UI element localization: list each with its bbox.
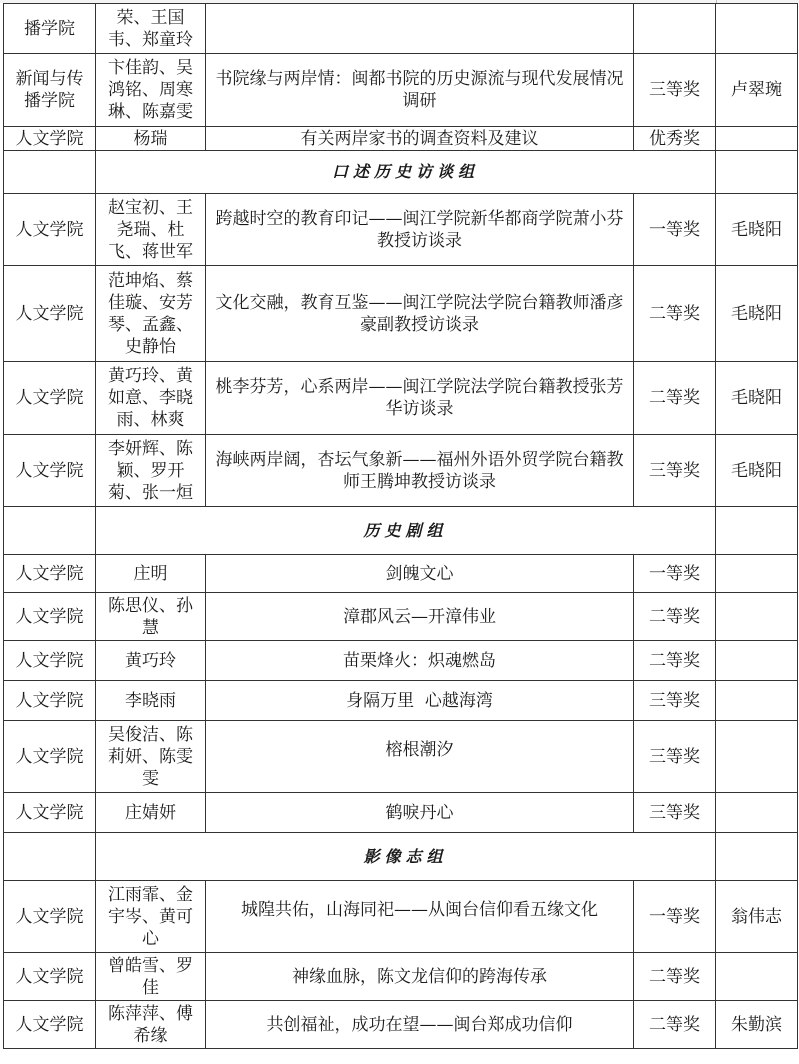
award-cell: 二等奖 [634, 362, 716, 435]
advisor-cell: 毛晓阳 [716, 266, 798, 362]
empty-cell [716, 833, 798, 881]
group-label: 口述历史访谈组 [96, 151, 716, 194]
title-cell: 文化交融，教育互鉴——闽江学院法学院台籍教师潘彦豪副教授访谈录 [206, 266, 634, 362]
title-cell: 海峡两岸阔，杏坛气象新——福州外语外贸学院台籍教师王腾坤教授访谈录 [206, 435, 634, 507]
table-row: 人文学院 吴俊洁、陈莉妍、陈雯雯 榕根潮汐 三等奖 [4, 721, 798, 793]
award-cell: 三等奖 [634, 435, 716, 507]
advisor-cell [716, 721, 798, 793]
members-cell: 杨瑞 [96, 127, 206, 151]
members-cell: 卞佳韵、吴鸿铭、周寒琳、陈嘉雯 [96, 54, 206, 127]
award-cell: 二等奖 [634, 266, 716, 362]
college-cell: 人文学院 [4, 881, 96, 953]
table-row: 人文学院 黄巧玲 苗栗烽火：炽魂燃岛 二等奖 [4, 641, 798, 681]
members-cell: 庄明 [96, 555, 206, 593]
table-row: 人文学院 陈萍萍、傅希缘 共创福祉，成功在望——闽台郑成功信仰 二等奖 朱勤滨 [4, 1001, 798, 1049]
advisor-cell: 朱勤滨 [716, 1001, 798, 1049]
empty-cell [716, 507, 798, 555]
college-cell: 人文学院 [4, 362, 96, 435]
members-cell: 陈思仪、孙慧 [96, 593, 206, 641]
award-cell: 三等奖 [634, 721, 716, 793]
college-cell: 人文学院 [4, 953, 96, 1001]
table-row: 人文学院 江雨霏、金宇岑、黄可心 城隍共佑，山海同祀——从闽台信仰看五缘文化 一… [4, 881, 798, 953]
advisor-cell: 卢翠琬 [716, 54, 798, 127]
members-cell: 黄巧玲、黄如意、李晓雨、林爽 [96, 362, 206, 435]
advisor-cell [716, 4, 798, 54]
college-cell: 人文学院 [4, 127, 96, 151]
advisor-cell: 翁伟志 [716, 881, 798, 953]
members-cell: 李妍辉、陈颖、罗开菊、张一烜 [96, 435, 206, 507]
members-cell: 庄婧妍 [96, 793, 206, 833]
group-label: 影像志组 [96, 833, 716, 881]
members-cell: 范坤焰、蔡佳璇、安芳琴、孟鑫、史静怡 [96, 266, 206, 362]
award-cell: 三等奖 [634, 681, 716, 721]
empty-cell [4, 151, 96, 194]
award-cell: 一等奖 [634, 194, 716, 266]
members-cell: 江雨霏、金宇岑、黄可心 [96, 881, 206, 953]
college-cell: 人文学院 [4, 641, 96, 681]
table-row: 人文学院 李晓雨 身隔万里 心越海湾 三等奖 [4, 681, 798, 721]
award-cell: 三等奖 [634, 54, 716, 127]
college-cell: 人文学院 [4, 793, 96, 833]
college-cell: 人文学院 [4, 593, 96, 641]
advisor-cell [716, 641, 798, 681]
college-cell: 人文学院 [4, 435, 96, 507]
title-cell: 榕根潮汐 [206, 721, 634, 793]
award-cell: 二等奖 [634, 1001, 716, 1049]
table-row: 人文学院 范坤焰、蔡佳璇、安芳琴、孟鑫、史静怡 文化交融，教育互鉴——闽江学院法… [4, 266, 798, 362]
college-cell: 人文学院 [4, 681, 96, 721]
advisor-cell [716, 793, 798, 833]
title-cell [206, 4, 634, 54]
group-header-row: 影像志组 [4, 833, 798, 881]
college-cell: 人文学院 [4, 555, 96, 593]
advisor-cell: 毛晓阳 [716, 435, 798, 507]
college-cell: 人文学院 [4, 721, 96, 793]
table-row: 人文学院 陈思仪、孙慧 漳郡风云—开漳伟业 二等奖 [4, 593, 798, 641]
advisor-cell [716, 953, 798, 1001]
table-row: 人文学院 杨瑞 有关两岸家书的调查资料及建议 优秀奖 [4, 127, 798, 151]
members-cell: 荣、王国韦、郑童玲 [96, 4, 206, 54]
title-cell: 桃李芬芳，心系两岸——闽江学院法学院台籍教授张芳华访谈录 [206, 362, 634, 435]
empty-cell [4, 507, 96, 555]
members-cell: 赵宝初、王尧瑞、杜飞、蒋世军 [96, 194, 206, 266]
title-cell: 苗栗烽火：炽魂燃岛 [206, 641, 634, 681]
awards-table: 播学院 荣、王国韦、郑童玲 新闻与传播学院 卞佳韵、吴鸿铭、周寒琳、陈嘉雯 书院… [3, 3, 798, 1049]
college-cell: 人文学院 [4, 194, 96, 266]
college-cell: 播学院 [4, 4, 96, 54]
members-cell: 曾皓雪、罗佳 [96, 953, 206, 1001]
title-cell: 漳郡风云—开漳伟业 [206, 593, 634, 641]
title-cell: 鹤唳丹心 [206, 793, 634, 833]
title-cell: 身隔万里 心越海湾 [206, 681, 634, 721]
members-cell: 李晓雨 [96, 681, 206, 721]
table-row: 人文学院 黄巧玲、黄如意、李晓雨、林爽 桃李芬芳，心系两岸——闽江学院法学院台籍… [4, 362, 798, 435]
table-row: 播学院 荣、王国韦、郑童玲 [4, 4, 798, 54]
award-cell [634, 4, 716, 54]
title-cell: 有关两岸家书的调查资料及建议 [206, 127, 634, 151]
title-cell: 城隍共佑，山海同祀——从闽台信仰看五缘文化 [206, 881, 634, 953]
advisor-cell [716, 593, 798, 641]
college-cell: 新闻与传播学院 [4, 54, 96, 127]
advisor-cell: 毛晓阳 [716, 362, 798, 435]
table-row: 新闻与传播学院 卞佳韵、吴鸿铭、周寒琳、陈嘉雯 书院缘与两岸情：闽都书院的历史源… [4, 54, 798, 127]
group-header-row: 历史剧组 [4, 507, 798, 555]
title-cell: 跨越时空的教育印记——闽江学院新华都商学院萧小芬教授访谈录 [206, 194, 634, 266]
award-cell: 二等奖 [634, 593, 716, 641]
award-cell: 三等奖 [634, 793, 716, 833]
title-cell: 神缘血脉，陈文龙信仰的跨海传承 [206, 953, 634, 1001]
table-row: 人文学院 庄明 剑魄文心 一等奖 [4, 555, 798, 593]
college-cell: 人文学院 [4, 266, 96, 362]
advisor-cell [716, 681, 798, 721]
empty-cell [4, 833, 96, 881]
table-row: 人文学院 庄婧妍 鹤唳丹心 三等奖 [4, 793, 798, 833]
title-cell: 剑魄文心 [206, 555, 634, 593]
award-cell: 一等奖 [634, 881, 716, 953]
advisor-cell [716, 555, 798, 593]
members-cell: 陈萍萍、傅希缘 [96, 1001, 206, 1049]
group-label: 历史剧组 [96, 507, 716, 555]
award-cell: 二等奖 [634, 641, 716, 681]
members-cell: 吴俊洁、陈莉妍、陈雯雯 [96, 721, 206, 793]
advisor-cell [716, 127, 798, 151]
title-cell: 共创福祉，成功在望——闽台郑成功信仰 [206, 1001, 634, 1049]
title-cell: 书院缘与两岸情：闽都书院的历史源流与现代发展情况调研 [206, 54, 634, 127]
college-cell: 人文学院 [4, 1001, 96, 1049]
table-row: 人文学院 曾皓雪、罗佳 神缘血脉，陈文龙信仰的跨海传承 二等奖 [4, 953, 798, 1001]
members-cell: 黄巧玲 [96, 641, 206, 681]
empty-cell [716, 151, 798, 194]
table-row: 人文学院 赵宝初、王尧瑞、杜飞、蒋世军 跨越时空的教育印记——闽江学院新华都商学… [4, 194, 798, 266]
award-cell: 二等奖 [634, 953, 716, 1001]
award-cell: 优秀奖 [634, 127, 716, 151]
table-row: 人文学院 李妍辉、陈颖、罗开菊、张一烜 海峡两岸阔，杏坛气象新——福州外语外贸学… [4, 435, 798, 507]
group-header-row: 口述历史访谈组 [4, 151, 798, 194]
award-cell: 一等奖 [634, 555, 716, 593]
advisor-cell: 毛晓阳 [716, 194, 798, 266]
